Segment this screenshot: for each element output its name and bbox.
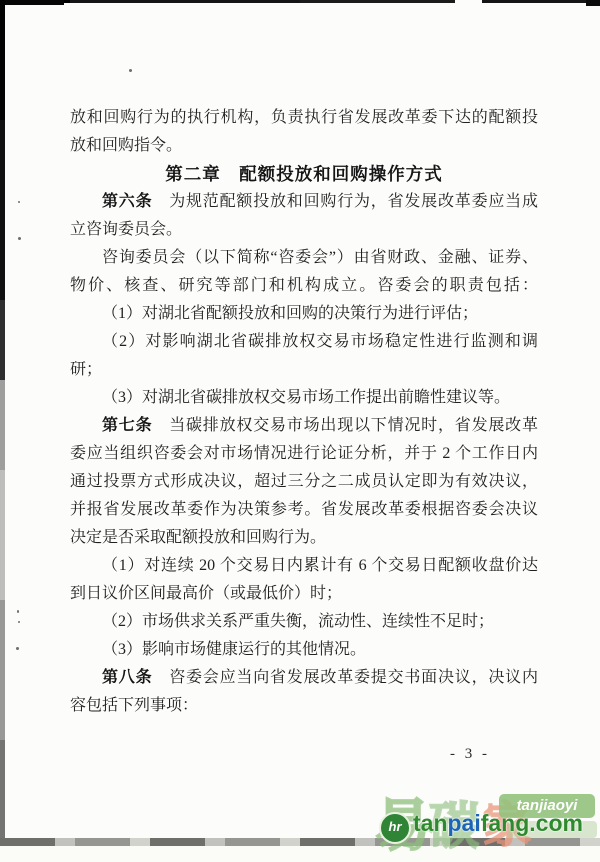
scan-speck	[18, 237, 21, 240]
scan-corner-top-left	[0, 0, 64, 5]
tanpaifang-logo-icon: hr	[379, 812, 411, 844]
document-line: 到日议价区间最高价（或最低价）时；	[70, 580, 538, 608]
document-line: 容包括下列事项：	[70, 692, 538, 720]
document-line: 咨询委员会（以下简称“咨委会”）由省财政、金融、证券、	[70, 244, 538, 272]
chapter-heading: 第二章 配额投放和回购操作方式	[70, 160, 538, 188]
document-line: 放和回购行为的执行机构，负责执行省发展改革委下达的配额投	[70, 104, 538, 132]
scan-corner-top-right	[586, 0, 600, 6]
site-url: tanpaifang.com	[413, 810, 583, 837]
page: 放和回购行为的执行机构，负责执行省发展改革委下达的配额投 放和回购指令。 第二章…	[0, 0, 600, 846]
list-item-line: （3）影响市场健康运行的其他情况。	[70, 636, 538, 664]
article-line: 第六条 为规范配额投放和回购行为，省发展改革委应当成	[70, 188, 538, 216]
article-line: 第七条 当碳排放权交易市场出现以下情况时，省发展改革	[70, 412, 538, 440]
list-item-line: （3）对湖北省碳排放权交易市场工作提出前瞻性建议等。	[70, 384, 538, 412]
list-item-line: （1）对湖北省配额投放和回购的决策行为进行评估；	[70, 300, 538, 328]
document-line: 研；	[70, 356, 538, 384]
scan-speck	[17, 610, 19, 613]
document-body: 放和回购行为的执行机构，负责执行省发展改革委下达的配额投 放和回购指令。 第二章…	[70, 104, 538, 720]
list-item-line: （2）市场供求关系严重失衡，流动性、连续性不足时；	[70, 608, 538, 636]
document-line: 委应当组织咨委会对市场情况进行论证分析，并于 2 个工作日内	[70, 440, 538, 468]
scan-speck	[16, 647, 19, 650]
page-number: - 3 -	[70, 746, 490, 763]
watermark: 易 碳 家 tanjiaoyi hr tanpaifang.com	[375, 786, 600, 846]
scan-speck	[129, 69, 132, 72]
document-line: 立咨询委员会。	[70, 216, 538, 244]
document-line: 通过投票方式形成决议，超过三分之二成员认定即为有效决议，	[70, 468, 538, 496]
scan-edge-left	[0, 0, 5, 846]
document-line: 物价、核查、研究等部门和机构成立。咨委会的职责包括：	[70, 272, 538, 300]
list-item-line: （1）对连续 20 个交易日内累计有 6 个交易日配额收盘价达	[70, 552, 538, 580]
list-item-line: （2）对影响湖北省碳排放权交易市场稳定性进行监测和调	[70, 328, 538, 356]
scan-speck	[18, 621, 20, 623]
document-line: 决定是否采取配额投放和回购行为。	[70, 524, 538, 552]
scan-edge-top	[0, 0, 600, 3]
document-line: 并报省发展改革委作为决策参考。省发展改革委根据咨委会决议	[70, 496, 538, 524]
article-line: 第八条 咨委会应当向省发展改革委提交书面决议，决议内	[70, 664, 538, 692]
scan-speck	[18, 201, 20, 203]
document-line: 放和回购指令。	[70, 132, 538, 160]
